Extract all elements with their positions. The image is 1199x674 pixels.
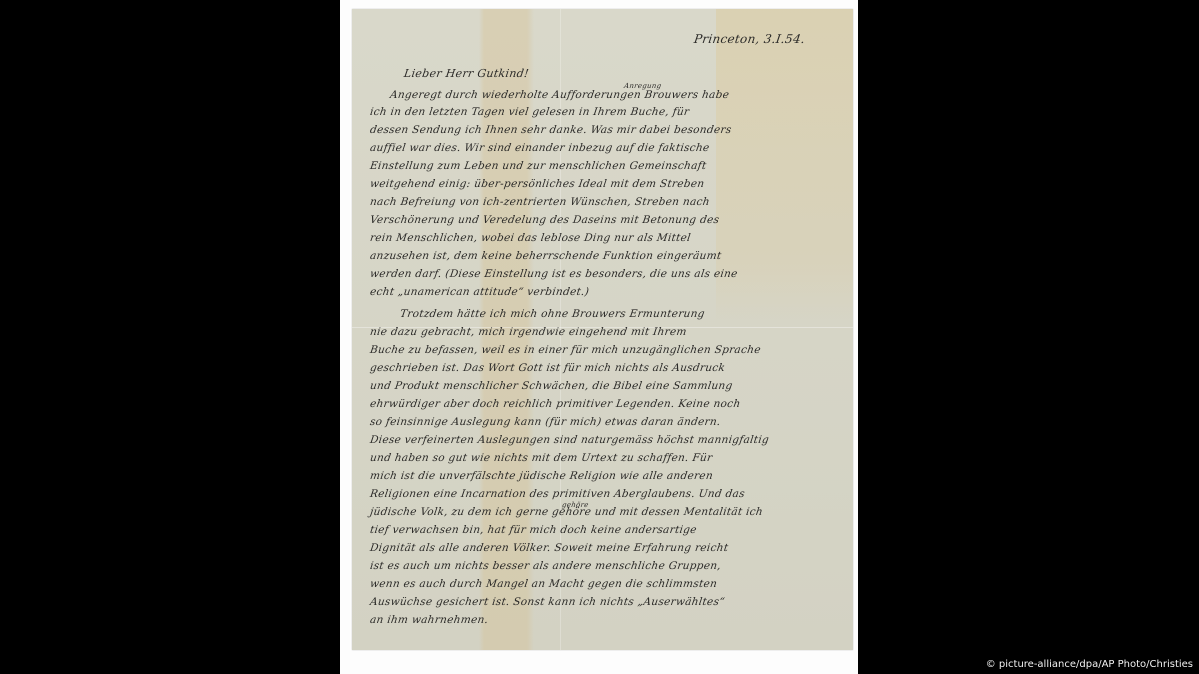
letter-line: rein Menschlichen, wobei das leblose Din… (369, 232, 691, 244)
letter-date: Princeton, 3.I.54. (693, 32, 806, 46)
letter-line: jüdische Volk, zu dem ich gerne gehöre u… (369, 506, 764, 518)
letter-line: Religionen eine Incarnation des primitiv… (369, 488, 746, 500)
letter-line: Verschönerung und Veredelung des Daseins… (369, 214, 720, 226)
letter-line: weitgehend einig: über-persönliches Idea… (369, 178, 705, 190)
letter-line: Diese verfeinerten Auslegungen sind natu… (369, 434, 770, 446)
letter-salutation: Lieber Herr Gutkind! (403, 67, 530, 80)
letter-line: ich in den letzten Tagen viel gelesen in… (369, 106, 690, 118)
letter-line: Auswüchse gesichert ist. Sonst kann ich … (369, 596, 726, 608)
letter-line: so feinsinnige Auslegung kann (für mich)… (369, 416, 721, 428)
letter-line: werden darf. (Diese Einstellung ist es b… (369, 268, 738, 280)
letter-line: auffiel war dies. Wir sind einander inbe… (369, 142, 710, 154)
letter-line: und haben so gut wie nichts mit dem Urte… (369, 452, 713, 464)
letter-line: nie dazu gebracht, mich irgendwie eingeh… (369, 326, 687, 338)
letter-paper: Princeton, 3.I.54. Lieber Herr Gutkind! … (352, 9, 853, 650)
letter-line: Trotzdem hätte ich mich ohne Brouwers Er… (399, 308, 705, 320)
letter-line: Dignität als alle anderen Völker. Soweit… (369, 542, 729, 554)
letter-line: Einstellung zum Leben und zur menschlich… (369, 160, 707, 172)
letter-line: wenn es auch durch Mangel an Macht gegen… (369, 578, 718, 590)
letter-line: anzusehen ist, dem keine beherrschende F… (369, 250, 722, 262)
letter-line: nach Befreiung von ich-zentrierten Wünsc… (369, 196, 710, 208)
letter-line: Buche zu befassen, weil es in einer für … (369, 344, 761, 356)
letter-line: ehrwürdiger aber doch reichlich primitiv… (369, 398, 741, 410)
letter-line: tief verwachsen bin, hat für mich doch k… (369, 524, 697, 536)
letter-line: an ihm wahrnehmen. (369, 614, 489, 626)
letter-line: ist es auch um nichts besser als andere … (369, 560, 722, 572)
letter-line: dessen Sendung ich Ihnen sehr danke. Was… (369, 124, 732, 136)
letter-line: mich ist die unverfälschte jüdische Reli… (369, 470, 714, 482)
letter-line: echt „unamerican attitude“ verbindet.) (369, 286, 590, 298)
letter-line: geschrieben ist. Das Wort Gott ist für m… (369, 362, 726, 374)
letter-line: und Produkt menschlicher Schwächen, die … (369, 380, 733, 392)
photo-credit: © picture-alliance/dpa/AP Photo/Christie… (986, 659, 1193, 670)
letter-line: Angeregt durch wiederholte Aufforderunge… (389, 89, 730, 101)
